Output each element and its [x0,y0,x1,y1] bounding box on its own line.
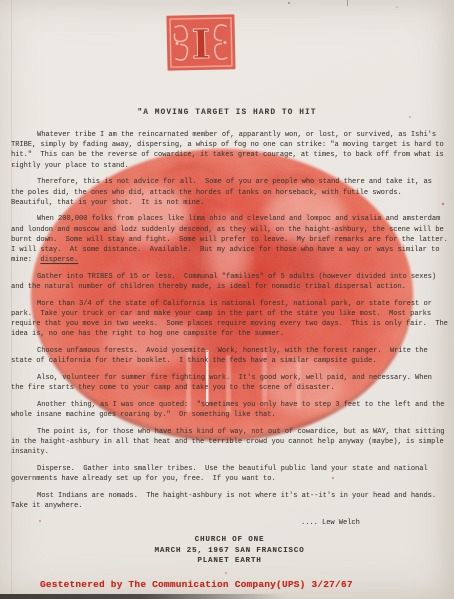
paragraph: Disperse. Gather into smaller tribes. Us… [11,464,448,484]
paragraph-text: Whatever tribe I am the reincarnated mem… [11,131,448,170]
underlined-word: disperse. [40,256,78,264]
imprint-date-place: MARCH 25, 1967 SAN FRANCISCO [11,546,448,557]
document-page: I "A MOVING TARGET IS HARD TO HIT Whatev… [0,0,454,599]
paragraph: Gather into TRIBES of 15 or less. Commun… [11,272,448,292]
paragraph-text: The point is, for those who have this ki… [11,428,449,456]
paragraph: Another thing, as I was once quoted: "so… [11,400,448,420]
initial-letter-glyph: I [191,21,211,68]
paragraph: The point is, for those who have this ki… [11,427,448,458]
paragraph-text: Choose unfamous forests. Avoid yosemite.… [11,347,432,365]
imprint-planet: PLANET EARTH [11,556,448,567]
paragraph: More than 3/4 of the state of California… [11,299,448,340]
paragraph-text: Therefore, this is not advice for all. S… [11,178,436,206]
paragraph-text: Disperse. Gather into smaller tribes. Us… [11,465,432,483]
paragraph: Also, volunteer for summer fire fighting… [11,373,448,393]
paragraph: When 200,000 folks from places like lima… [11,214,448,265]
printer-credit-footer: Gestetnered by The Communication Company… [40,579,353,590]
ornamental-initial-stamp: I [164,13,237,73]
document-title: "A MOVING TARGET IS HARD TO HIT [0,109,454,117]
stamp-graphic: I [164,13,237,73]
scan-edge-shadow [0,594,285,599]
signature-line: .... Lew Welch [11,518,448,528]
imprint-block: CHURCH OF ONE MARCH 25, 1967 SAN FRANCIS… [11,535,448,567]
paragraph-text: Most Indians are nomads. The haight-ashb… [11,492,440,510]
paragraph: Therefore, this is not advice for all. S… [11,177,448,208]
paragraph-text: Also, volunteer for summer fire fighting… [11,374,436,392]
paragraph: Most Indians are nomads. The haight-ashb… [11,491,448,511]
imprint-organization: CHURCH OF ONE [11,535,448,546]
paragraph-text: More than 3/4 of the state of California… [11,300,452,339]
paragraph-text: Another thing, as I was once quoted: "so… [11,401,449,419]
paragraph: Choose unfamous forests. Avoid yosemite.… [11,346,448,366]
document-body: Whatever tribe I am the reincarnated mem… [11,130,448,567]
paragraph-text: Gather into TRIBES of 15 or less. Commun… [11,273,440,291]
paragraph: Whatever tribe I am the reincarnated mem… [11,130,448,171]
